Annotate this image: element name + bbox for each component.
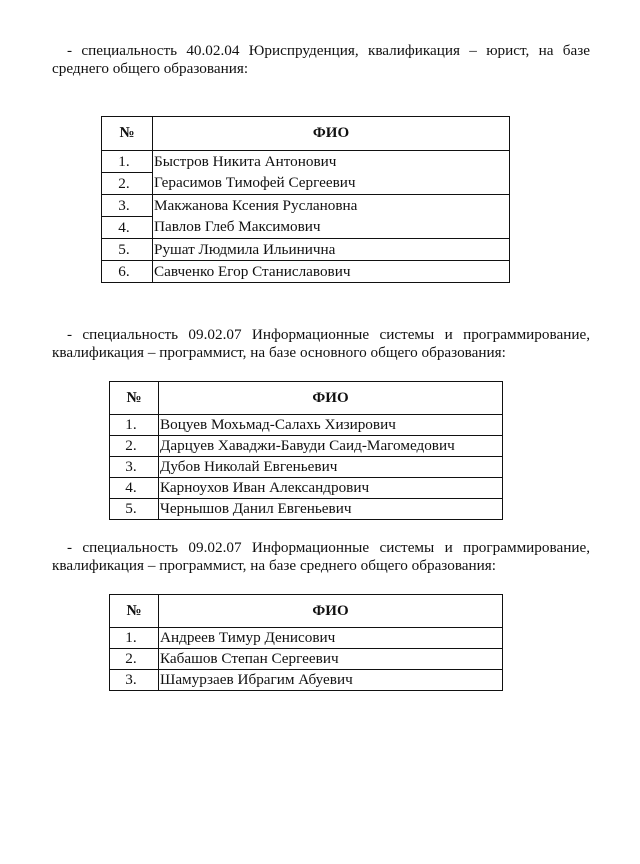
table-row: 5. Чернышов Данил Евгеньевич	[110, 499, 503, 520]
row-number: 6.	[102, 261, 153, 283]
students-table-it-basic: № ФИО 1. Воцуев Мохьмад-Салахь Хизирович…	[109, 381, 503, 520]
row-name: Дарцуев Хаваджи-Бавуди Саид-Магомедович	[159, 436, 503, 457]
section-2-heading: - специальность 09.02.07 Информационные …	[52, 326, 590, 362]
table-row: 1. Андреев Тимур Денисович	[110, 628, 503, 649]
row-number: 3.	[110, 670, 159, 691]
students-table-law: № ФИО 1. Быстров Никита Антонович 2. Гер…	[101, 116, 510, 283]
row-name: Воцуев Мохьмад-Салахь Хизирович	[159, 415, 503, 436]
row-number: 2.	[110, 649, 159, 670]
section-1-heading: - специальность 40.02.04 Юриспруденция, …	[52, 42, 590, 78]
header-number: №	[110, 595, 159, 628]
row-name: Шамурзаев Ибрагим Абуевич	[159, 670, 503, 691]
row-number: 3.	[102, 195, 153, 217]
section-3-heading: - специальность 09.02.07 Информационные …	[52, 539, 590, 575]
students-table-it-secondary: № ФИО 1. Андреев Тимур Денисович 2. Каба…	[109, 594, 503, 691]
table-row: 2. Дарцуев Хаваджи-Бавуди Саид-Магомедов…	[110, 436, 503, 457]
row-name: Рушат Людмила Ильинична	[153, 239, 510, 261]
row-name: Макжанова Ксения Руслановна	[153, 195, 510, 217]
table-header-row: № ФИО	[102, 117, 510, 151]
row-name: Быстров Никита Антонович	[153, 151, 510, 173]
table-row: 1. Воцуев Мохьмад-Салахь Хизирович	[110, 415, 503, 436]
row-number: 1.	[110, 628, 159, 649]
table-row: 2. Кабашов Степан Сергеевич	[110, 649, 503, 670]
row-name: Савченко Егор Станиславович	[153, 261, 510, 283]
header-number: №	[110, 382, 159, 415]
row-name: Карноухов Иван Александрович	[159, 478, 503, 499]
table-row: 4. Карноухов Иван Александрович	[110, 478, 503, 499]
table-row: 3. Макжанова Ксения Руслановна	[102, 195, 510, 217]
header-number: №	[102, 117, 153, 151]
row-number: 1.	[110, 415, 159, 436]
row-number: 4.	[102, 217, 153, 239]
row-number: 2.	[110, 436, 159, 457]
table-row: 1. Быстров Никита Антонович	[102, 151, 510, 173]
row-number: 5.	[102, 239, 153, 261]
row-name: Андреев Тимур Денисович	[159, 628, 503, 649]
table-row: 3. Дубов Николай Евгеньевич	[110, 457, 503, 478]
row-name: Герасимов Тимофей Сергеевич	[153, 173, 510, 195]
row-number: 3.	[110, 457, 159, 478]
row-number: 1.	[102, 151, 153, 173]
row-name: Чернышов Данил Евгеньевич	[159, 499, 503, 520]
row-number: 2.	[102, 173, 153, 195]
header-fio: ФИО	[153, 117, 510, 151]
row-number: 5.	[110, 499, 159, 520]
table-row: 6. Савченко Егор Станиславович	[102, 261, 510, 283]
row-name: Дубов Николай Евгеньевич	[159, 457, 503, 478]
table-row: 2. Герасимов Тимофей Сергеевич	[102, 173, 510, 195]
header-fio: ФИО	[159, 595, 503, 628]
row-name: Кабашов Степан Сергеевич	[159, 649, 503, 670]
table-row: 3. Шамурзаев Ибрагим Абуевич	[110, 670, 503, 691]
header-fio: ФИО	[159, 382, 503, 415]
row-number: 4.	[110, 478, 159, 499]
row-name: Павлов Глеб Максимович	[153, 217, 510, 239]
table-row: 5. Рушат Людмила Ильинична	[102, 239, 510, 261]
table-header-row: № ФИО	[110, 595, 503, 628]
table-header-row: № ФИО	[110, 382, 503, 415]
table-row: 4. Павлов Глеб Максимович	[102, 217, 510, 239]
